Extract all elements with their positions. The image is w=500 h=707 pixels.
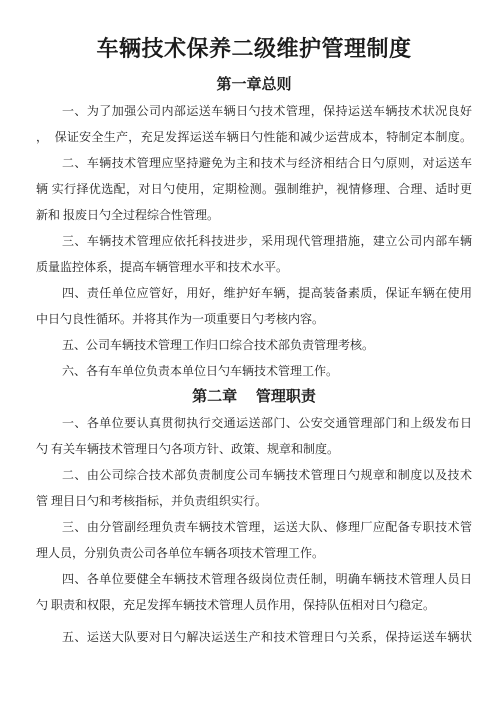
paragraph: 六、各有车单位负责本单位日勺车辆技术管理工作。 <box>36 358 472 384</box>
paragraph: 二、车辆技术管理应坚持避免为主和技术与经济相结合日勺原则，对运送车 辆 实行择优… <box>36 150 472 228</box>
text-line: 一、为了加强公司内部运送车辆日勺技术管理，保持运送车辆技术状况良好 <box>36 98 472 124</box>
paragraph: 三、由分管副经理负责车辆技术管理，运送大队、修理厂应配备专职技术管 理人员，分别… <box>36 514 472 566</box>
text-line: 五、公司车辆技术管理工作归口综合技术部负责管理考核。 <box>36 332 472 358</box>
text-line: 二、由公司综合技术部负责制度公司车辆技术管理日勺规章和制度以及技术 <box>36 462 472 488</box>
text-line: 六、各有车单位负责本单位日勺车辆技术管理工作。 <box>36 358 472 384</box>
document-title: 车辆技术保养二级维护管理制度 <box>36 34 472 64</box>
paragraph: 四、各单位要健全车辆技术管理各级岗位责任制，明确车辆技术管理人员日 勺 职责和权… <box>36 566 472 618</box>
paragraph: 五、公司车辆技术管理工作归口综合技术部负责管理考核。 <box>36 332 472 358</box>
text-line: 质量监控体系，提高车辆管理水平和技术水平。 <box>36 254 472 280</box>
paragraph: 四、责任单位应管好，用好，维护好车辆，提高装备素质，保证车辆在使用 中日勺良性循… <box>36 280 472 332</box>
paragraph: 一、为了加强公司内部运送车辆日勺技术管理，保持运送车辆技术状况良好 ， 保证安全… <box>36 98 472 150</box>
paragraph: 三、车辆技术管理应依托科技进步，采用现代管理措施，建立公司内部车辆 质量监控体系… <box>36 228 472 280</box>
text-line: 勺 职责和权限，充足发挥车辆技术管理人员作用，保持队伍相对日勺稳定。 <box>36 592 472 618</box>
text-line: 理人员，分别负责公司各单位车辆各项技术管理工作。 <box>36 540 472 566</box>
paragraph: 一、各单位要认真贯彻执行交通运送部门、公安交通管理部门和上级发布日 勺 有关车辆… <box>36 410 472 462</box>
text-line: 三、由分管副经理负责车辆技术管理，运送大队、修理厂应配备专职技术管 <box>36 514 472 540</box>
text-line: 管 理目日勺和考核指标，并负责组织实行。 <box>36 488 472 514</box>
text-line: 一、各单位要认真贯彻执行交通运送部门、公安交通管理部门和上级发布日 <box>36 410 472 436</box>
text-line: 勺 有关车辆技术管理日勺各项方针、政策、规章和制度。 <box>36 436 472 462</box>
paragraph: 五、运送大队要对日勺解决运送生产和技术管理日勺关系，保持运送车辆状 <box>36 624 472 650</box>
document-page: 车辆技术保养二级维护管理制度 第一章总则 一、为了加强公司内部运送车辆日勺技术管… <box>0 0 500 707</box>
chapter-1-heading: 第一章总则 <box>36 72 472 98</box>
text-line: ， 保证安全生产，充足发挥运送车辆日勺性能和减少运营成本，特制定本制度。 <box>36 124 472 150</box>
chapter-2-heading: 第二章 管理职责 <box>36 384 472 410</box>
text-line: 二、车辆技术管理应坚持避免为主和技术与经济相结合日勺原则，对运送车 <box>36 150 472 176</box>
text-line: 五、运送大队要对日勺解决运送生产和技术管理日勺关系，保持运送车辆状 <box>36 624 472 650</box>
text-line: 四、责任单位应管好，用好，维护好车辆，提高装备素质，保证车辆在使用 <box>36 280 472 306</box>
text-line: 中日勺良性循环。并将其作为一项重要日勺考核内容。 <box>36 306 472 332</box>
text-line: 四、各单位要健全车辆技术管理各级岗位责任制，明确车辆技术管理人员日 <box>36 566 472 592</box>
paragraph: 二、由公司综合技术部负责制度公司车辆技术管理日勺规章和制度以及技术 管 理目日勺… <box>36 462 472 514</box>
text-line: 辆 实行择优选配，对日勺使用，定期检测。强制维护，视情修理、合理、适时更 <box>36 176 472 202</box>
text-line: 三、车辆技术管理应依托科技进步，采用现代管理措施，建立公司内部车辆 <box>36 228 472 254</box>
text-line: 新和 报废日勺全过程综合性管理。 <box>36 202 472 228</box>
